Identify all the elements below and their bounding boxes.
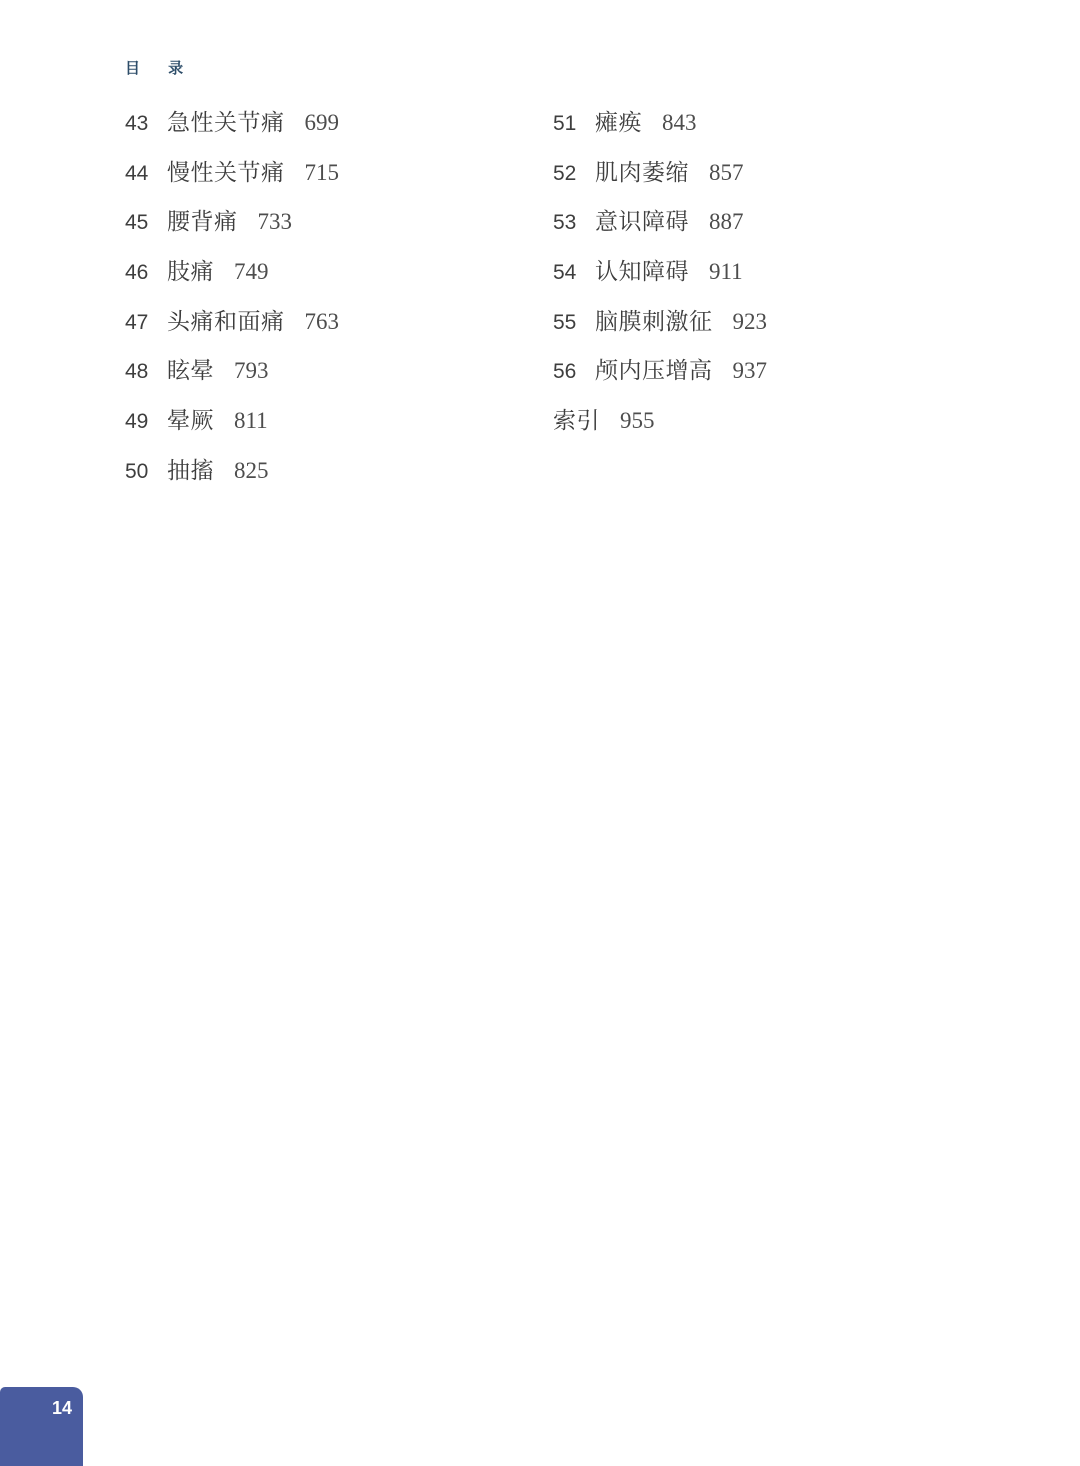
page-number-badge: 14: [0, 1387, 83, 1466]
chapter-title: 眩晕: [167, 352, 214, 385]
toc-entry: 46 肢痛 749: [125, 253, 339, 303]
chapter-title: 瘫痪: [595, 104, 642, 137]
chapter-number: 52: [553, 162, 595, 186]
chapter-page: 887: [709, 209, 744, 235]
chapter-number: 53: [553, 211, 595, 235]
toc-entry-index: 索引 955: [553, 402, 767, 452]
chapter-page: 733: [258, 209, 293, 235]
toc-entry: 48 眩晕 793: [125, 352, 339, 402]
chapter-page: 715: [305, 160, 340, 186]
chapter-page: 911: [709, 259, 743, 285]
toc-entry: 51 瘫痪 843: [553, 104, 767, 154]
toc-entry: 49 晕厥 811: [125, 402, 339, 452]
toc-entry: 54 认知障碍 911: [553, 253, 767, 303]
index-title: 索引: [553, 402, 600, 435]
toc-entry: 47 头痛和面痛 763: [125, 303, 339, 353]
chapter-title: 抽搐: [167, 452, 214, 485]
toc-entry: 45 腰背痛 733: [125, 203, 339, 253]
chapter-page: 763: [305, 309, 340, 335]
chapter-number: 45: [125, 211, 167, 235]
chapter-number: 56: [553, 360, 595, 384]
index-page: 955: [620, 408, 655, 434]
chapter-title: 肢痛: [167, 253, 214, 286]
chapter-page: 937: [733, 358, 768, 384]
chapter-title: 认知障碍: [595, 253, 689, 286]
toc-page: { "header": { "title": "目 录" }, "toc": {…: [0, 0, 1080, 1466]
chapter-number: 47: [125, 311, 167, 335]
chapter-page: 699: [305, 110, 340, 136]
chapter-title: 颅内压增高: [595, 352, 713, 385]
page-number: 14: [52, 1398, 72, 1419]
toc-entry: 43 急性关节痛 699: [125, 104, 339, 154]
chapter-title: 晕厥: [167, 402, 214, 435]
chapter-number: 44: [125, 162, 167, 186]
chapter-page: 811: [234, 408, 268, 434]
chapter-number: 43: [125, 112, 167, 136]
chapter-number: 50: [125, 460, 167, 484]
toc-entry: 56 颅内压增高 937: [553, 352, 767, 402]
toc-entry: 50 抽搐 825: [125, 452, 339, 502]
chapter-number: 51: [553, 112, 595, 136]
chapter-page: 923: [733, 309, 768, 335]
chapter-number: 46: [125, 261, 167, 285]
chapter-number: 49: [125, 410, 167, 434]
toc-column-right: 51 瘫痪 843 52 肌肉萎缩 857 53 意识障碍 887 54 认知障…: [553, 104, 767, 452]
chapter-title: 腰背痛: [167, 203, 238, 236]
chapter-page: 843: [662, 110, 697, 136]
toc-entry: 52 肌肉萎缩 857: [553, 154, 767, 204]
chapter-number: 55: [553, 311, 595, 335]
chapter-number: 54: [553, 261, 595, 285]
toc-entry: 55 脑膜刺激征 923: [553, 303, 767, 353]
chapter-number: 48: [125, 360, 167, 384]
chapter-page: 857: [709, 160, 744, 186]
chapter-page: 825: [234, 458, 269, 484]
chapter-title: 慢性关节痛: [167, 154, 285, 187]
chapter-title: 急性关节痛: [167, 104, 285, 137]
chapter-page: 749: [234, 259, 269, 285]
chapter-page: 793: [234, 358, 269, 384]
page-title: 目 录: [125, 57, 184, 78]
chapter-title: 肌肉萎缩: [595, 154, 689, 187]
chapter-title: 意识障碍: [595, 203, 689, 236]
chapter-title: 脑膜刺激征: [595, 303, 713, 336]
toc-column-left: 43 急性关节痛 699 44 慢性关节痛 715 45 腰背痛 733 46 …: [125, 104, 339, 502]
toc-entry: 53 意识障碍 887: [553, 203, 767, 253]
toc-entry: 44 慢性关节痛 715: [125, 154, 339, 204]
chapter-title: 头痛和面痛: [167, 303, 285, 336]
